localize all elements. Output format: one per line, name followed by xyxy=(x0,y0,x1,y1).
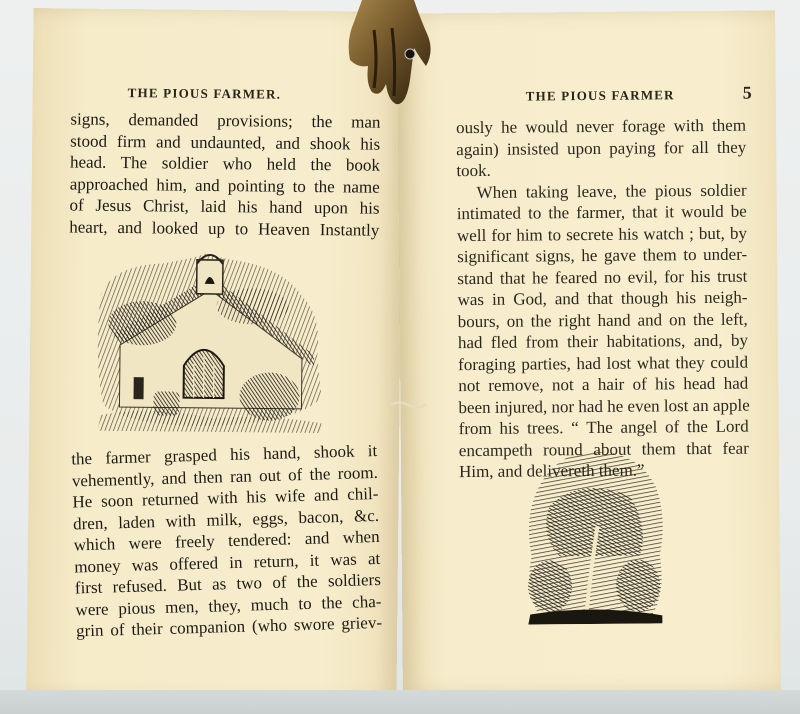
text-line: again) insisted upon paying for all they xyxy=(456,136,746,160)
text-line: well for him to secrete his watch ; but,… xyxy=(457,222,747,246)
wheat-sheaf-engraving xyxy=(519,445,671,624)
left-page: THE PIOUS FARMER. signs, demanded provis… xyxy=(26,8,403,700)
text-line: When taking leave, the pious soldier xyxy=(457,179,747,203)
text-line: of Jesus Christ, laid his hand upon his xyxy=(69,194,379,219)
text-line: stand that he feared no evil, for his tr… xyxy=(457,265,747,289)
text-line: heart, and looked up to Heaven Instantly xyxy=(69,216,379,241)
text-line: ously he would never forage with them xyxy=(456,115,746,139)
text-line: had fled from their habitations, and, by xyxy=(458,330,748,354)
text-line: foraging parties, had lost what they cou… xyxy=(458,351,748,375)
left-page-bottom-text: the farmer grasped his hand, shook it ve… xyxy=(71,440,382,642)
binding-thread xyxy=(388,398,428,412)
text-line: signs, demanded provisions; the man xyxy=(70,108,380,133)
text-line: from his trees. “ The angel of the Lord xyxy=(459,416,749,440)
right-page: THE PIOUS FARMER 5 ously he would never … xyxy=(397,10,781,693)
right-page-text: ously he would never forage with them ag… xyxy=(456,115,749,483)
left-page-top-text: signs, demanded provisions; the man stoo… xyxy=(69,108,380,240)
text-line: was in God, and that though his neigh- xyxy=(457,287,747,311)
bronze-hand-clip xyxy=(344,0,434,108)
acrylic-stand xyxy=(0,690,800,714)
text-line: intimated to the farmer, that it would b… xyxy=(457,201,747,225)
running-head-right: THE PIOUS FARMER xyxy=(526,87,675,104)
chapel-engraving xyxy=(91,245,329,433)
text-line: not remove, not a hair of his head had xyxy=(458,373,748,397)
text-line: been injured, nor had he even lost an ap… xyxy=(458,394,748,418)
text-line: significant signs, he gave them to under… xyxy=(457,244,747,268)
text-line: bours, on the right hand and on the left… xyxy=(458,308,748,332)
text-line: head. The soldier who held the book xyxy=(70,151,380,176)
open-book: THE PIOUS FARMER. signs, demanded provis… xyxy=(0,0,800,714)
text-line: took. xyxy=(456,158,746,182)
running-head-left: THE PIOUS FARMER. xyxy=(128,85,282,103)
page-number: 5 xyxy=(743,83,752,104)
